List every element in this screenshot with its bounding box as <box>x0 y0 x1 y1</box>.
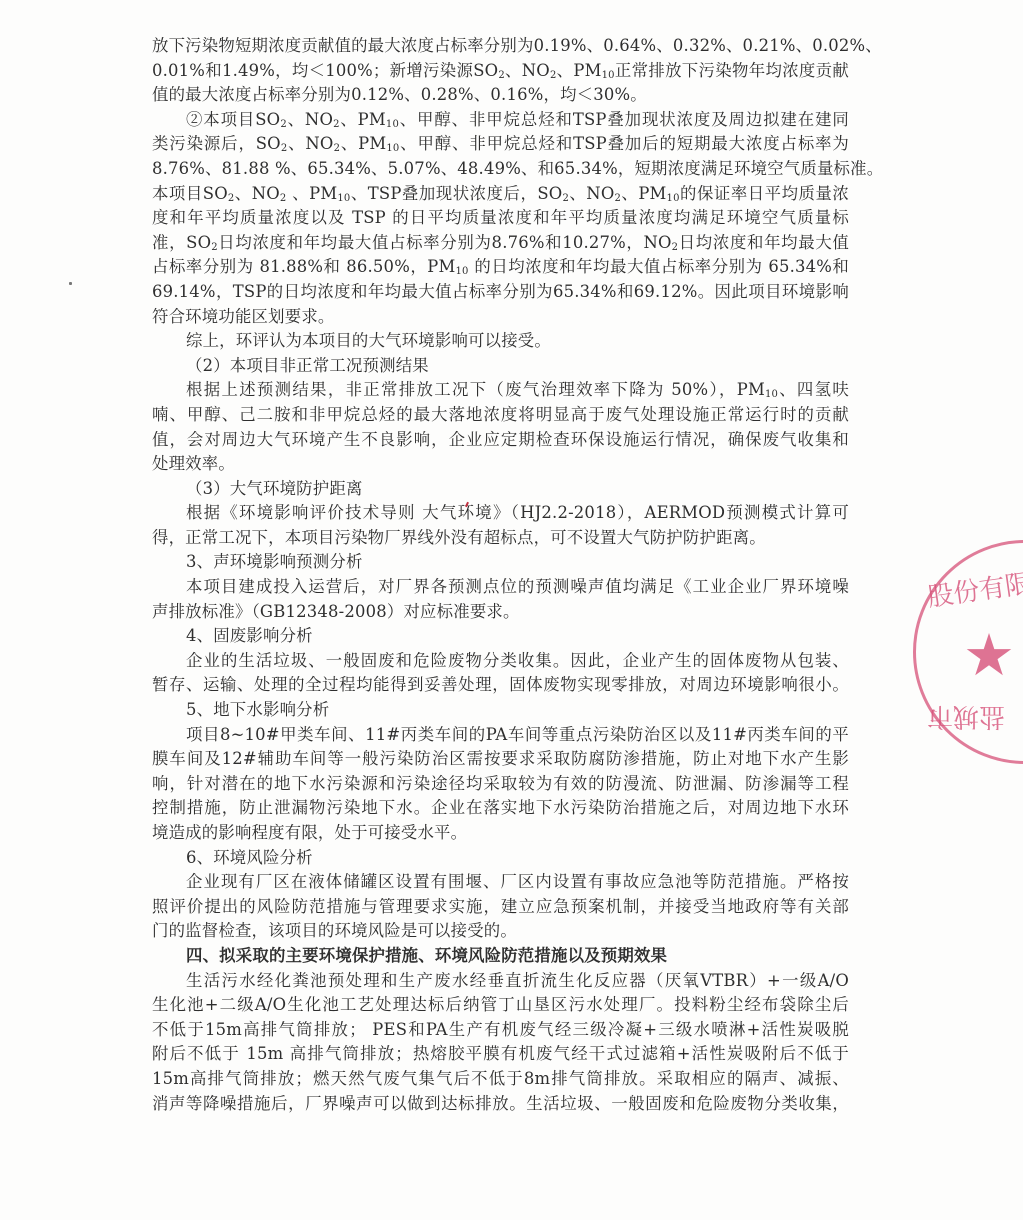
seal-bottom-text: 盐城市 <box>927 700 1005 737</box>
text-line: （3）大气环境防护距离 <box>152 477 849 502</box>
text-line: 根据上述预测结果，非正常排放工况下（废气治理效率下降为 50%），PM10、四氢… <box>152 378 849 403</box>
text-line: 膜车间及12#辅助车间等一般污染防治区需按要求采取防腐防渗措施，防止对地下水产生… <box>152 747 849 772</box>
text-line: 喃、甲醇、己二胺和非甲烷总烃的最大落地浓度将明显高于废气处理设施正常运行时的贡献 <box>152 403 849 428</box>
text-line: 处理效率。 <box>152 452 849 477</box>
text-line: 项目8~10#甲类车间、11#丙类车间的PA车间等重点污染防治区以及11#丙类车… <box>152 723 849 748</box>
text-line: 8.76%、81.88 %、65.34%、5.07%、48.49%、和65.34… <box>152 157 849 182</box>
text-line: 4、固废影响分析 <box>152 624 849 649</box>
text-line: 生化池+二级A/O生化池工艺处理达标后纳管丁山垦区污水处理厂。投料粉尘经布袋除尘… <box>152 993 849 1018</box>
text-line: 占标率分别为 81.88%和 86.50%，PM10 的日均浓度和年均最大值占标… <box>152 255 849 280</box>
section-heading: 四、拟采取的主要环境保护措施、环境风险防范措施以及预期效果 <box>152 944 849 969</box>
text-line: 值的最大浓度占标率分别为0.12%、0.28%、0.16%，均＜30%。 <box>152 83 849 108</box>
text-line: 69.14%，TSP的日均浓度和年均最大值占标率分别为65.34%和69.12%… <box>152 280 849 305</box>
document-body: 放下污染物短期浓度贡献值的最大浓度占标率分别为0.19%、0.64%、0.32%… <box>152 34 849 1116</box>
text-line: 6、环境风险分析 <box>152 846 849 871</box>
text-line: 综上，环评认为本项目的大气环境影响可以接受。 <box>152 329 849 354</box>
text-line: 放下污染物短期浓度贡献值的最大浓度占标率分别为0.19%、0.64%、0.32%… <box>152 34 849 59</box>
text-line: ②本项目SO2、NO2、PM10、甲醇、非甲烷总烃和TSP叠加现状浓度及周边拟建… <box>152 108 849 133</box>
text-line: 15m高排气筒排放；燃天然气废气集气后不低于8m排气筒排放。采取相应的隔声、减振… <box>152 1067 849 1092</box>
text-line: 符合环境功能区划要求。 <box>152 305 849 330</box>
text-line: 本项目SO2、NO2 、PM10、TSP叠加现状浓度后，SO2、NO2、PM10… <box>152 182 849 207</box>
text-line: 境造成的影响程度有限，处于可接受水平。 <box>152 821 849 846</box>
text-line: 企业现有厂区在液体储罐区设置有围堰、厂区内设置有事故应急池等防范措施。严格按 <box>152 870 849 895</box>
text-line: 类污染源后，SO2、NO2、PM10、甲醇、非甲烷总烃和TSP叠加后的短期最大浓… <box>152 132 849 157</box>
text-line: 度和年平均质量浓度以及 TSP 的日平均质量浓度和年平均质量浓度均满足环境空气质… <box>152 206 849 231</box>
text-line: 暂存、运输、处理的全过程均能得到妥善处理，固体废物实现零排放，对周边环境影响很小… <box>152 673 849 698</box>
text-line: 值，会对周边大气环境产生不良影响，企业应定期检查环保设施运行情况，确保废气收集和 <box>152 428 849 453</box>
text-line: 0.01%和1.49%，均＜100%；新增污染源SO2、NO2、PM10正常排放… <box>152 59 849 84</box>
text-line: 3、声环境影响预测分析 <box>152 550 849 575</box>
text-line: 本项目建成投入运营后，对厂界各预测点位的预测噪声值均满足《工业企业厂界环境噪 <box>152 575 849 600</box>
star-icon: ★ <box>963 626 1015 684</box>
text-line: 准，SO2日均浓度和年均最大值占标率分别为8.76%和10.27%，NO2日均浓… <box>152 231 849 256</box>
text-line: 不低于15m高排气筒排放； PES和PA生产有机废气经三级冷凝+三级水喷淋+活性… <box>152 1018 849 1043</box>
text-line: 消声等降噪措施后，厂界噪声可以做到达标排放。生活垃圾、一般固废和危险废物分类收集… <box>152 1092 849 1117</box>
text-line: 控制措施，防止泄漏物污染地下水。企业在落实地下水污染防治措施之后，对周边地下水环 <box>152 796 849 821</box>
text-line: 根据《环境影响评价技术导则 大气环境》（HJ2.2-2018），AERMOD预测… <box>152 501 849 526</box>
text-line: 企业的生活垃圾、一般固废和危险废物分类收集。因此，企业产生的固体废物从包装、 <box>152 649 849 674</box>
text-line: 附后不低于 15m 高排气筒排放；热熔胶平膜有机废气经干式过滤箱+活性炭吸附后不… <box>152 1042 849 1067</box>
text-line: 门的监督检查，该项目的环境风险是可以接受的。 <box>152 919 849 944</box>
text-line: 得，正常工况下，本项目污染物厂界线外没有超标点，可不设置大气防护防护距离。 <box>152 526 849 551</box>
text-line: 响，针对潜在的地下水污染源和污染途径均采取较为有效的防漫流、防泄漏、防渗漏等工程 <box>152 772 849 797</box>
text-line: 生活污水经化粪池预处理和生产废水经垂直折流生化反应器（厌氧VTBR）+一级A/O <box>152 969 849 994</box>
text-line: （2）本项目非正常工况预测结果 <box>152 354 849 379</box>
text-line: 照评价提出的风险防范措施与管理要求实施，建立应急预案机制，并接受当地政府等有关部 <box>152 895 849 920</box>
text-line: 声排放标准》（GB12348-2008）对应标准要求。 <box>152 600 849 625</box>
scan-speck <box>69 282 72 285</box>
text-line: 5、地下水影响分析 <box>152 698 849 723</box>
company-seal-stamp: 股份有限 ★ 盐城市 <box>905 540 1023 770</box>
